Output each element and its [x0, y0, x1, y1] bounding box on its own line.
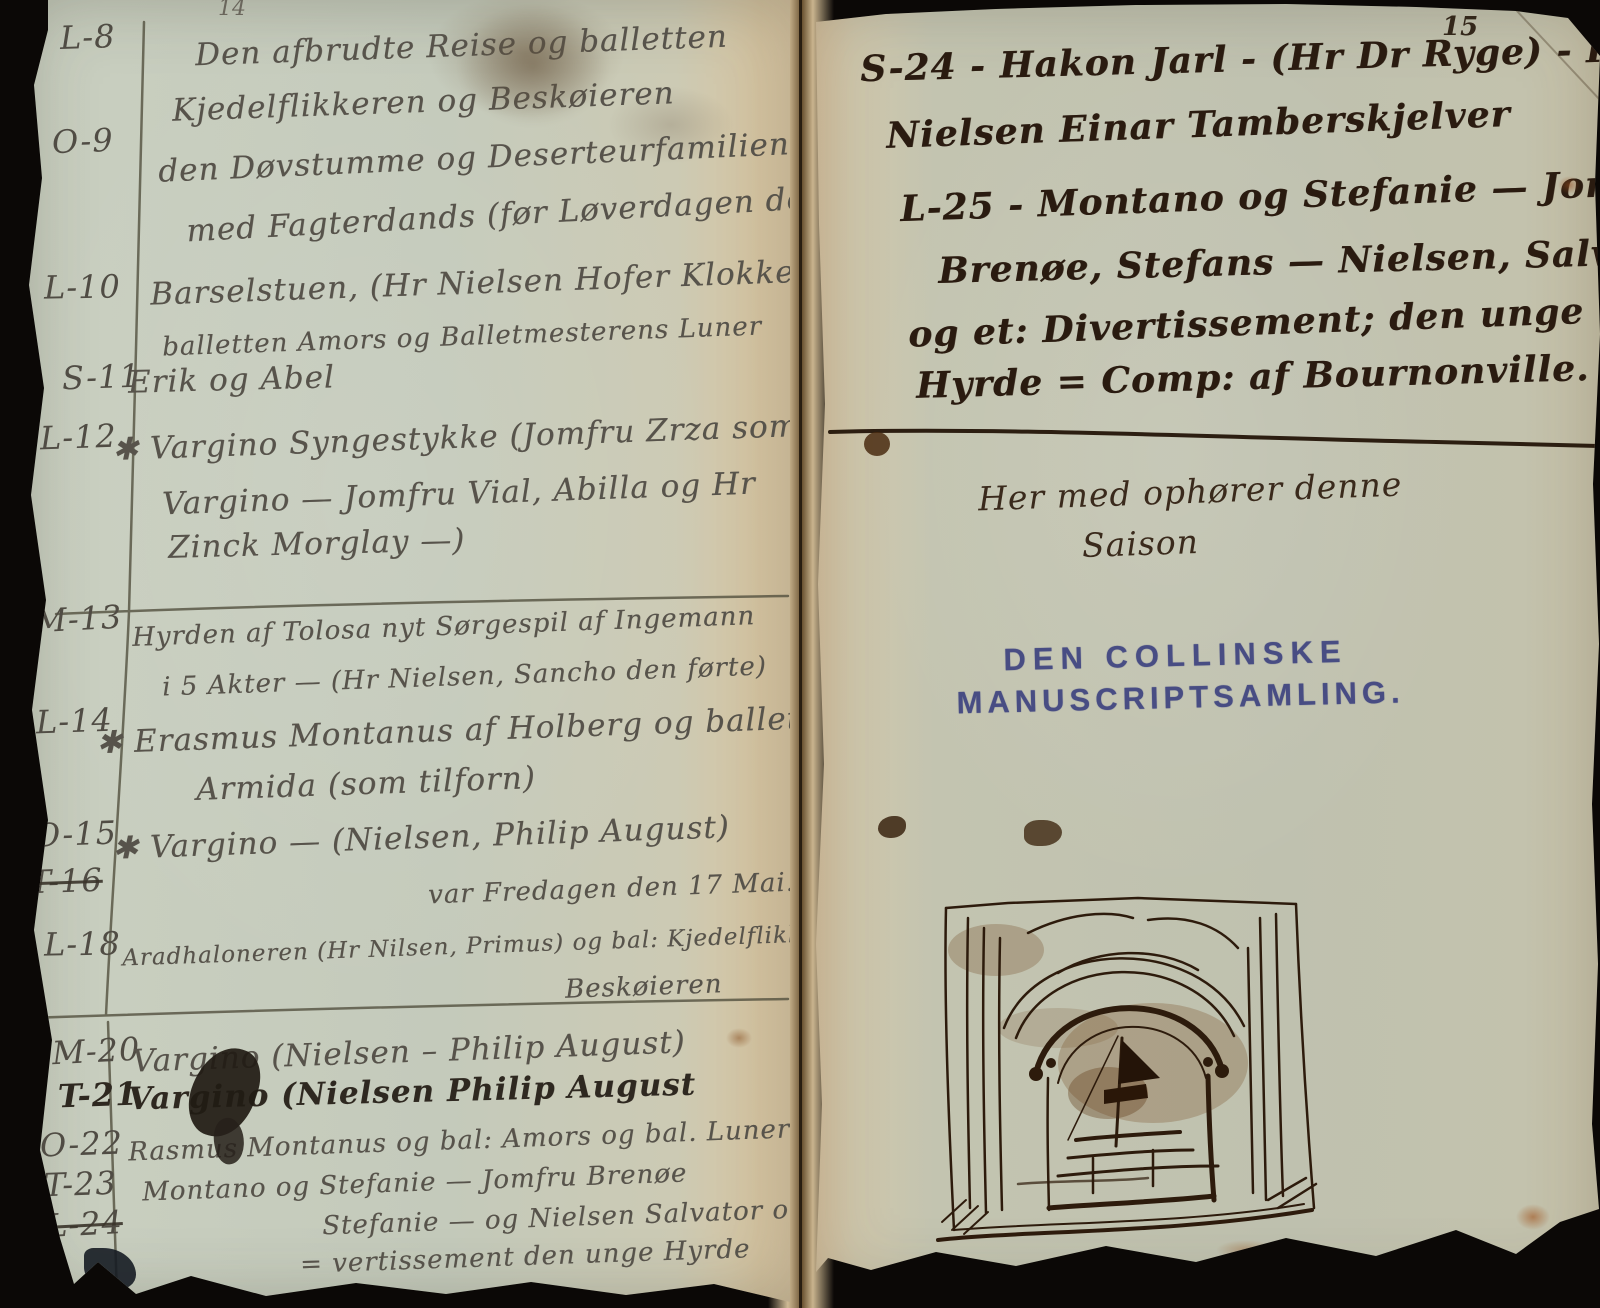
margin-code: L-12 [39, 417, 117, 458]
entry-line: Erik og Abel [128, 359, 336, 400]
margin-code: T-23 [43, 1164, 117, 1205]
library-stamp: DEN COLLINSKE MANUSCRIPTSAMLING. [955, 633, 1397, 722]
margin-code: M-13 [33, 598, 123, 641]
margin-code: L-18 [44, 924, 121, 963]
left-page: 14 L-8 O-9 L-10 S-11 L-12 M-13 L-14 O-15… [26, 0, 790, 1302]
margin-code: O-15 [33, 814, 117, 855]
book-gutter-seam [799, 0, 802, 1308]
margin-code: L-24 [45, 1203, 124, 1245]
closing-line: Saison [1081, 522, 1199, 565]
margin-code: L-8 [59, 17, 116, 57]
proscenium-arch-sketch-icon [908, 878, 1338, 1268]
right-page: 15 S-24 - Hakon Jarl - (Hr Dr Ryge) - Hr… [816, 4, 1600, 1292]
margin-code: T-16 [29, 861, 103, 902]
margin-code: O-22 [39, 1124, 123, 1165]
margin-code: O-9 [51, 121, 114, 161]
entry-line: Beskøieren [565, 969, 723, 1004]
margin-code: L-10 [44, 267, 121, 306]
manuscript-photo: 14 L-8 O-9 L-10 S-11 L-12 M-13 L-14 O-15… [0, 0, 1600, 1308]
margin-code: M-20 [51, 1030, 141, 1073]
